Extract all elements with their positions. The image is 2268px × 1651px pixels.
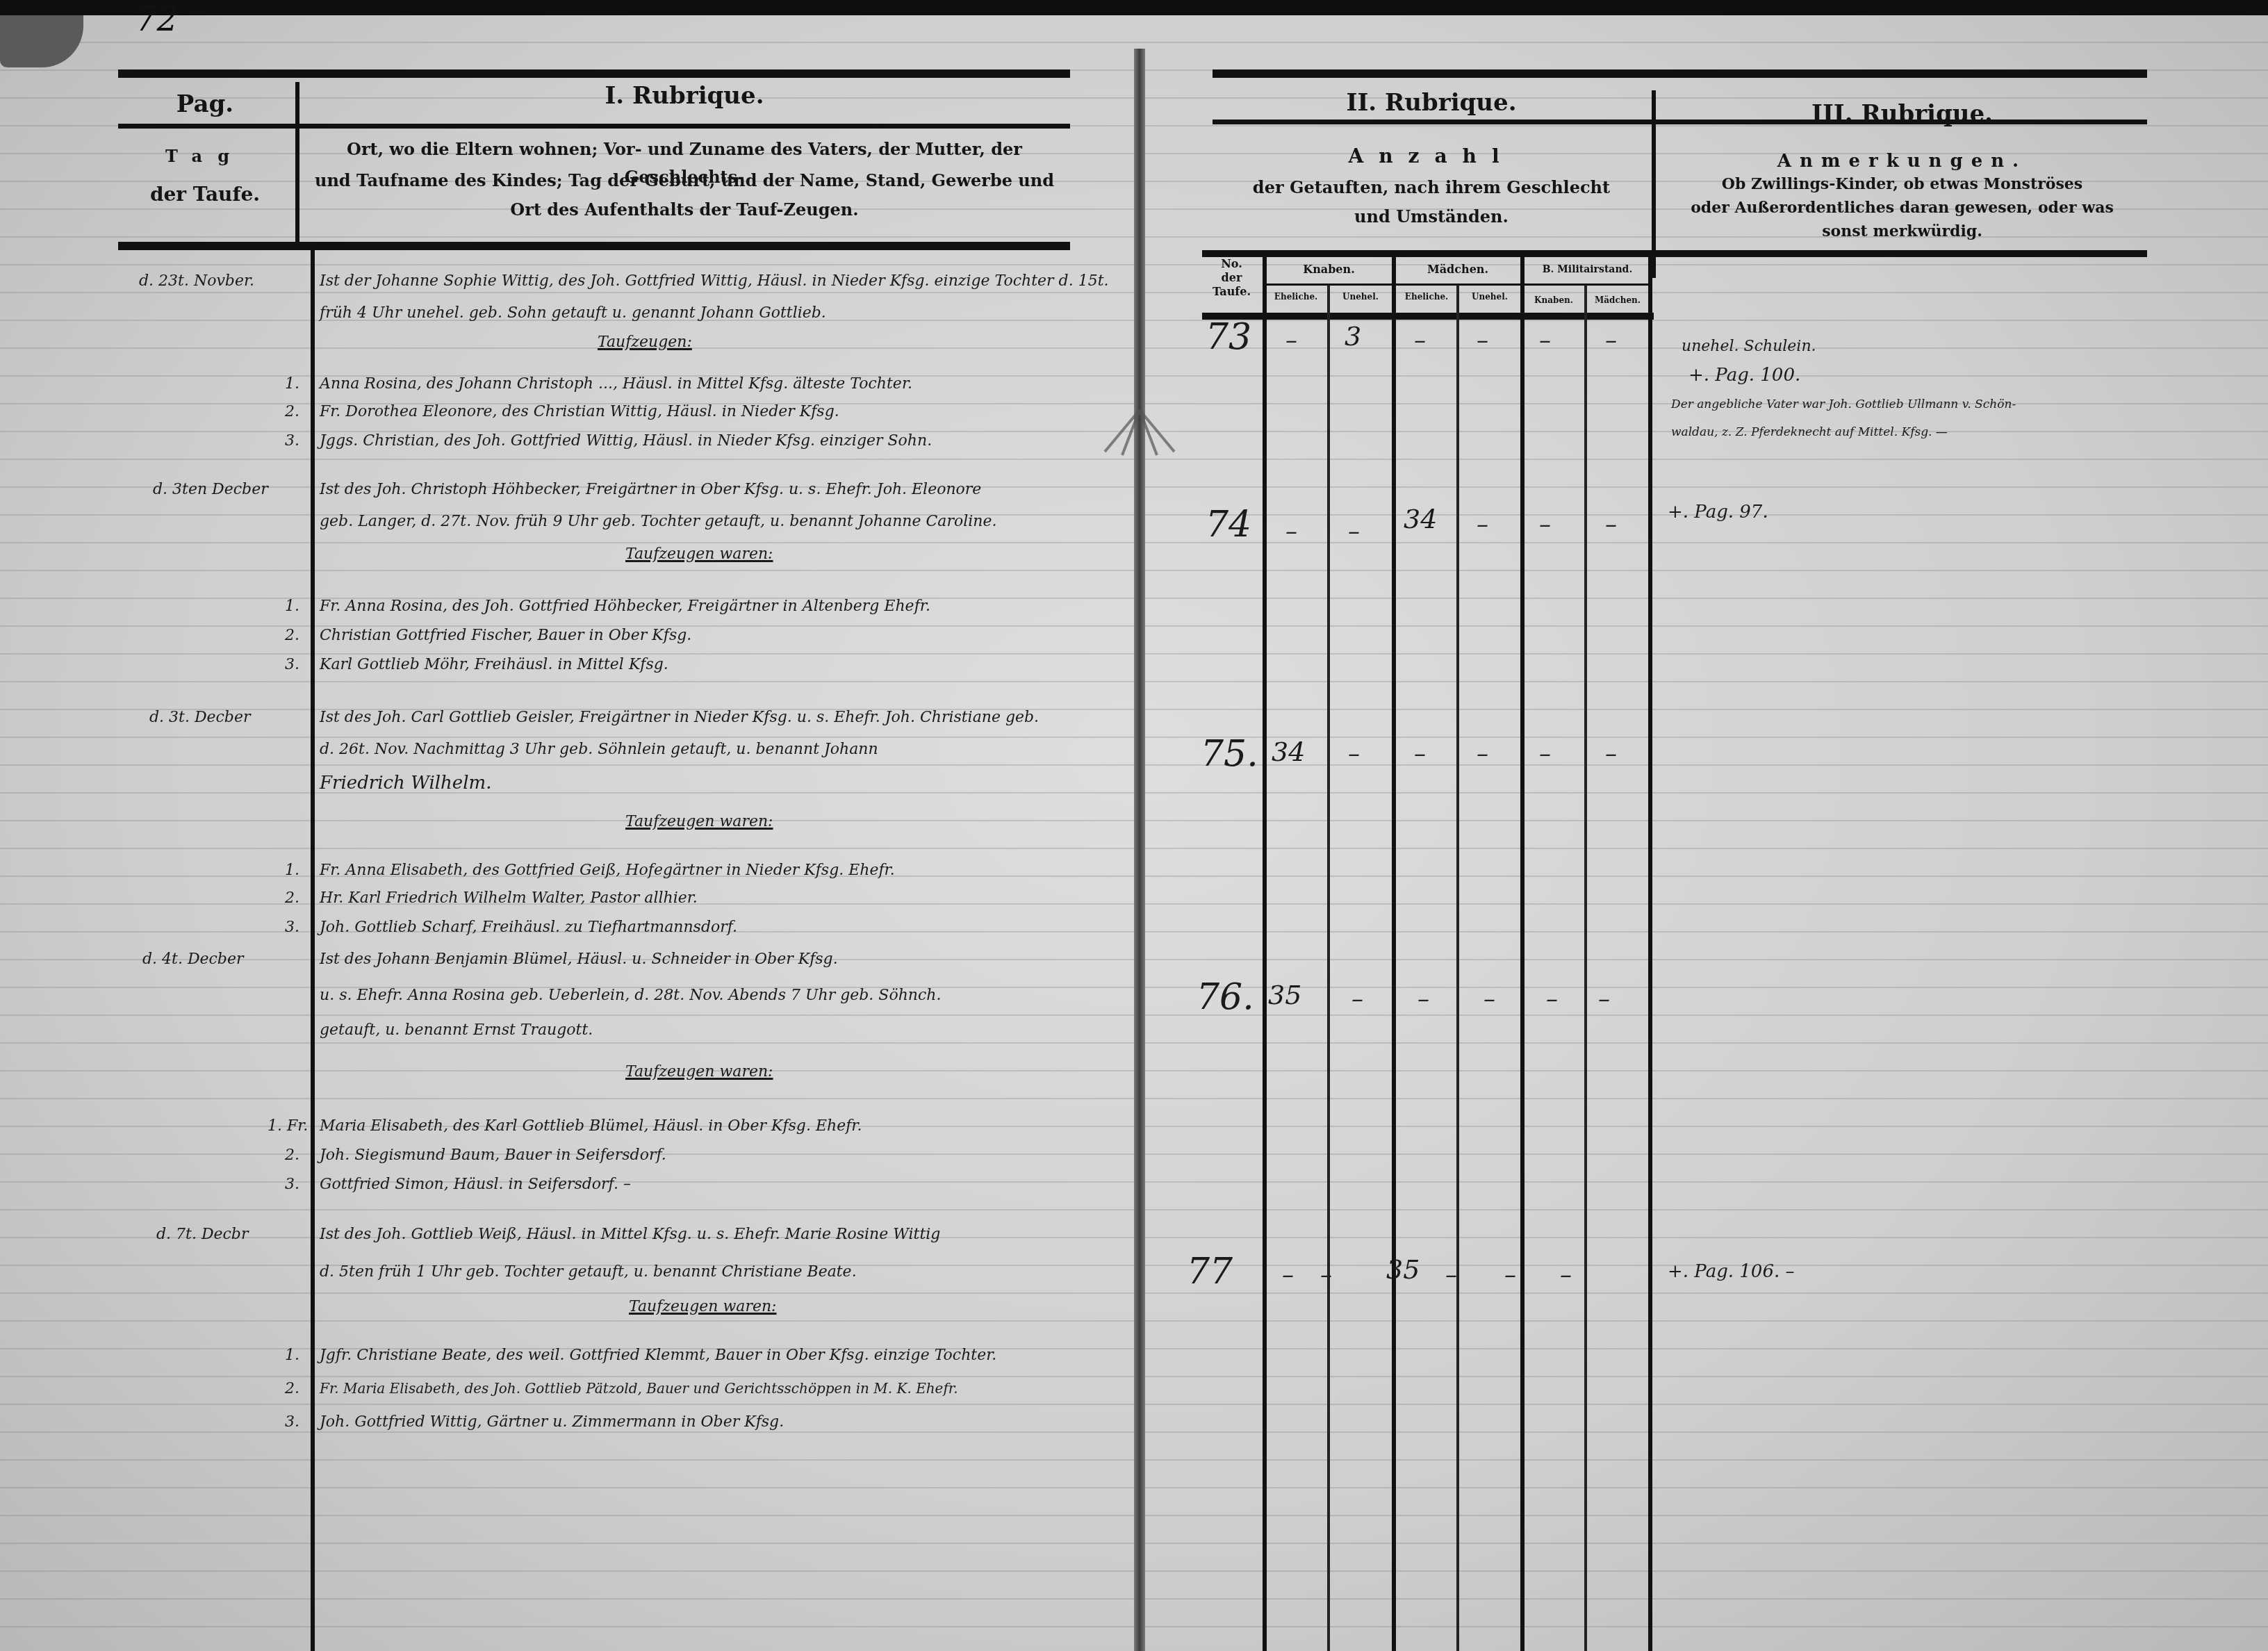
col-rule-b1 (1584, 285, 1587, 1651)
knaben-ehel-value: 35 (1268, 980, 1301, 1010)
entry-text-line: geb. Langer, d. 27t. Nov. früh 9 Uhr geb… (320, 513, 996, 530)
col-rule-b2 (1648, 257, 1652, 1651)
entry-number: 77 (1187, 1251, 1233, 1292)
witness-num: 2. (285, 627, 299, 644)
witness-header: Taufzeugen: (598, 334, 692, 351)
remark-line: +. Pag. 100. (1688, 365, 1800, 386)
right-subheader-rule (1202, 250, 2147, 257)
witness-text: Karl Gottlieb Möhr, Freihäusl. in Mittel… (320, 656, 668, 673)
knaben-ehel-value: – (1282, 1261, 1294, 1289)
witness-text: Gottfried Simon, Häusl. in Seifersdorf. … (320, 1176, 631, 1193)
entry-text-line: Friedrich Wilhelm. (320, 773, 491, 794)
maedchen-unehel-value: – (1445, 1261, 1457, 1289)
sub-maedchen-ehel: Eheliche. (1395, 292, 1458, 302)
col-rule-no (1263, 257, 1267, 1651)
col-pag-desc-2: der Taufe. (122, 181, 288, 208)
mil-knaben-value: – (1539, 511, 1551, 539)
sub-knaben-unehel: Unehel. (1329, 292, 1392, 302)
remark-line: waldau, z. Z. Pferdeknecht auf Mittel. K… (1671, 425, 1948, 439)
maedchen-unehel-value: – (1484, 985, 1495, 1013)
witness-num: 1. Fr. (268, 1117, 308, 1135)
col-pag-desc-1: Tag (122, 142, 288, 170)
witness-text: Joh. Gottfried Wittig, Gärtner u. Zimmer… (320, 1413, 784, 1431)
header-bottom-rule (118, 242, 1070, 250)
entry-date: d. 7t. Decbr (156, 1226, 248, 1243)
col-rule-k1 (1327, 285, 1330, 1651)
witness-text: Anna Rosina, des Johann Christoph ..., H… (320, 375, 912, 393)
col-rule-m1 (1456, 285, 1459, 1651)
witness-header: Taufzeugen waren: (629, 1298, 777, 1315)
binding-fold (1134, 49, 1145, 1651)
entry-text-line: Ist der Johanne Sophie Wittig, des Joh. … (320, 272, 1109, 290)
witness-text: Jggs. Christian, des Joh. Gottfried Witt… (320, 432, 932, 450)
maedchen-ehel-value: – (1414, 740, 1426, 768)
knaben-unehel-value: – (1320, 1261, 1332, 1289)
rubrique-3-desc-1: Anmerkungen. (1657, 147, 2147, 175)
witness-header: Taufzeugen waren: (625, 1063, 773, 1081)
knaben-ehel-value: – (1285, 327, 1297, 354)
entry-text-line: getauft, u. benannt Ernst Traugott. (320, 1021, 593, 1039)
witness-num: 1. (285, 862, 299, 879)
mil-knaben-value: – (1546, 985, 1558, 1013)
entry-date: d. 4t. Decber (142, 951, 244, 968)
maedchen-ehel-value: 34 (1404, 504, 1437, 534)
mil-knaben-value: – (1539, 327, 1551, 354)
group-maedchen: Mädchen. (1395, 263, 1520, 277)
witness-text: Christian Gottfried Fischer, Bauer in Ob… (320, 627, 691, 644)
binding-thread-icon (1098, 403, 1181, 459)
maedchen-ehel-value: 35 (1386, 1254, 1420, 1285)
rubrique-2-desc-2: der Getauften, nach ihrem Geschlecht (1213, 174, 1650, 202)
header-mid-rule (118, 124, 1070, 129)
witness-text: Joh. Gottlieb Scharf, Freihäusl. zu Tief… (320, 919, 737, 936)
witness-text: Fr. Dorothea Eleonore, des Christian Wit… (320, 403, 839, 420)
witness-num: 3. (285, 919, 299, 936)
entry-text-line: Ist des Joh. Christoph Höhbecker, Freigä… (320, 481, 981, 498)
sub-knaben-ehel: Eheliche. (1265, 292, 1327, 302)
witness-text: Fr. Anna Rosina, des Joh. Gottfried Höhb… (320, 598, 930, 615)
remark-line: +. Pag. 97. (1668, 502, 1768, 523)
mil-maedchen-value: – (1605, 511, 1617, 539)
right-header-top-rule (1213, 69, 2147, 78)
rubrique-2-desc-3: und Umständen. (1213, 203, 1650, 231)
witness-text: Fr. Maria Elisabeth, des Joh. Gottlieb P… (320, 1380, 958, 1397)
maedchen-unehel-value: – (1477, 327, 1488, 354)
entry-text-line: u. s. Ehefr. Anna Rosina geb. Ueberlein,… (320, 987, 942, 1004)
entry-text-line: Ist des Johann Benjamin Blümel, Häusl. u… (320, 951, 838, 968)
remark-line: +. Pag. 106. – (1668, 1261, 1794, 1282)
rubrique-2-desc-1: Anzahl (1213, 142, 1650, 170)
col-no-title: No. der Taufe. (1202, 257, 1261, 299)
maedchen-unehel-value: – (1477, 511, 1488, 539)
witness-text: Hr. Karl Friedrich Wilhelm Walter, Pasto… (320, 889, 698, 907)
group-knaben: Knaben. (1265, 263, 1393, 277)
entry-number: 74 (1206, 504, 1251, 545)
knaben-ehel-value: – (1285, 518, 1297, 545)
entry-date: d. 3ten Decber (153, 481, 268, 498)
witness-num: 3. (285, 1176, 299, 1193)
left-column-divider (311, 250, 315, 1651)
witness-num: 2. (285, 889, 299, 907)
entry-text-line: d. 26t. Nov. Nachmittag 3 Uhr geb. Söhnl… (320, 741, 878, 758)
witness-text: Maria Elisabeth, des Karl Gottlieb Blüme… (320, 1117, 862, 1135)
sub-mil-knaben: Knaben. (1523, 295, 1584, 305)
entry-number: 73 (1206, 316, 1251, 358)
witness-text: Joh. Siegismund Baum, Bauer in Seifersdo… (320, 1147, 666, 1164)
col-no-line-3: Taufe. (1202, 285, 1261, 299)
knaben-unehel-value: – (1348, 518, 1360, 545)
maedchen-unehel-value: – (1477, 740, 1488, 768)
rubrique-1-title: I. Rubrique. (299, 82, 1070, 110)
entry-number: 75. (1201, 733, 1258, 775)
entry-text-line: früh 4 Uhr unehel. geb. Sohn getauft u. … (320, 304, 826, 322)
witness-num: 3. (285, 1413, 299, 1431)
rubrique-1-desc-2: und Taufname des Kindes; Tag der Geburt,… (299, 167, 1070, 195)
mil-maedchen-value: – (1605, 327, 1617, 354)
witness-num: 2. (285, 403, 299, 420)
witness-num: 2. (285, 1380, 299, 1397)
witness-num: 1. (285, 598, 299, 615)
col-no-line-2: der (1202, 271, 1261, 285)
remark-line: Der angebliche Vater war Joh. Gottlieb U… (1671, 397, 2016, 411)
maedchen-ehel-value: – (1414, 327, 1426, 354)
rubrique-3-desc-2: Ob Zwillings-Kinder, ob etwas Monströses (1657, 172, 2147, 196)
mil-maedchen-value: – (1605, 740, 1617, 768)
right-header-mid-rule (1213, 120, 2147, 124)
entry-text-line: Ist des Joh. Gottlieb Weiß, Häusl. in Mi… (320, 1226, 940, 1243)
witness-header: Taufzeugen waren: (625, 813, 773, 830)
remark-line: unehel. Schulein. (1682, 338, 1816, 355)
knaben-ehel-value: 34 (1272, 737, 1305, 767)
witness-num: 2. (285, 1147, 299, 1164)
entry-text-line: d. 5ten früh 1 Uhr geb. Tochter getauft,… (320, 1263, 857, 1281)
knaben-unehel-value: – (1351, 985, 1363, 1013)
col-rule-m2 (1520, 257, 1525, 1651)
mil-maedchen-value: – (1598, 985, 1610, 1013)
witness-num: 3. (285, 432, 299, 450)
sub-maedchen-unehel: Unehel. (1459, 292, 1520, 302)
maedchen-ehel-value: – (1417, 985, 1429, 1013)
col-no-line-1: No. (1202, 257, 1261, 271)
witness-num: 3. (285, 656, 299, 673)
header-top-rule (118, 69, 1070, 78)
entry-date: d. 23t. Novber. (139, 272, 254, 290)
col-pag-title: Pag. (122, 90, 288, 118)
col-rule-k2 (1392, 257, 1396, 1651)
witness-text: Fr. Anna Elisabeth, des Gottfried Geiß, … (320, 862, 895, 879)
mil-maedchen-value: – (1560, 1261, 1572, 1289)
witness-num: 1. (285, 1347, 299, 1364)
rubrique-1-desc-3: Ort des Aufenthalts der Tauf-Zeugen. (299, 196, 1070, 224)
mil-knaben-value: – (1539, 740, 1551, 768)
entry-number: 76. (1197, 976, 1254, 1018)
entry-text-line: Ist des Joh. Carl Gottlieb Geisler, Frei… (320, 709, 1039, 726)
rubrique-2-title: II. Rubrique. (1213, 89, 1650, 117)
witness-header: Taufzeugen waren: (625, 545, 773, 563)
page-number-mark: 72 (135, 0, 178, 39)
knaben-unehel-value: 3 (1345, 321, 1361, 352)
knaben-unehel-value: – (1348, 740, 1360, 768)
entry-date: d. 3t. Decber (149, 709, 251, 726)
sub-mil-maedchen: Mädchen. (1586, 295, 1649, 305)
witness-text: Jgfr. Christiane Beate, des weil. Gottfr… (320, 1347, 996, 1364)
witness-num: 1. (285, 375, 299, 393)
group-militairstand: B. Militairstand. (1523, 263, 1652, 277)
rubrique-3-desc-4: sonst merkwürdig. (1657, 220, 2147, 243)
rubrique-3-desc-3: oder Außerordentliches daran gewesen, od… (1657, 196, 2147, 220)
mil-knaben-value: – (1504, 1261, 1516, 1289)
